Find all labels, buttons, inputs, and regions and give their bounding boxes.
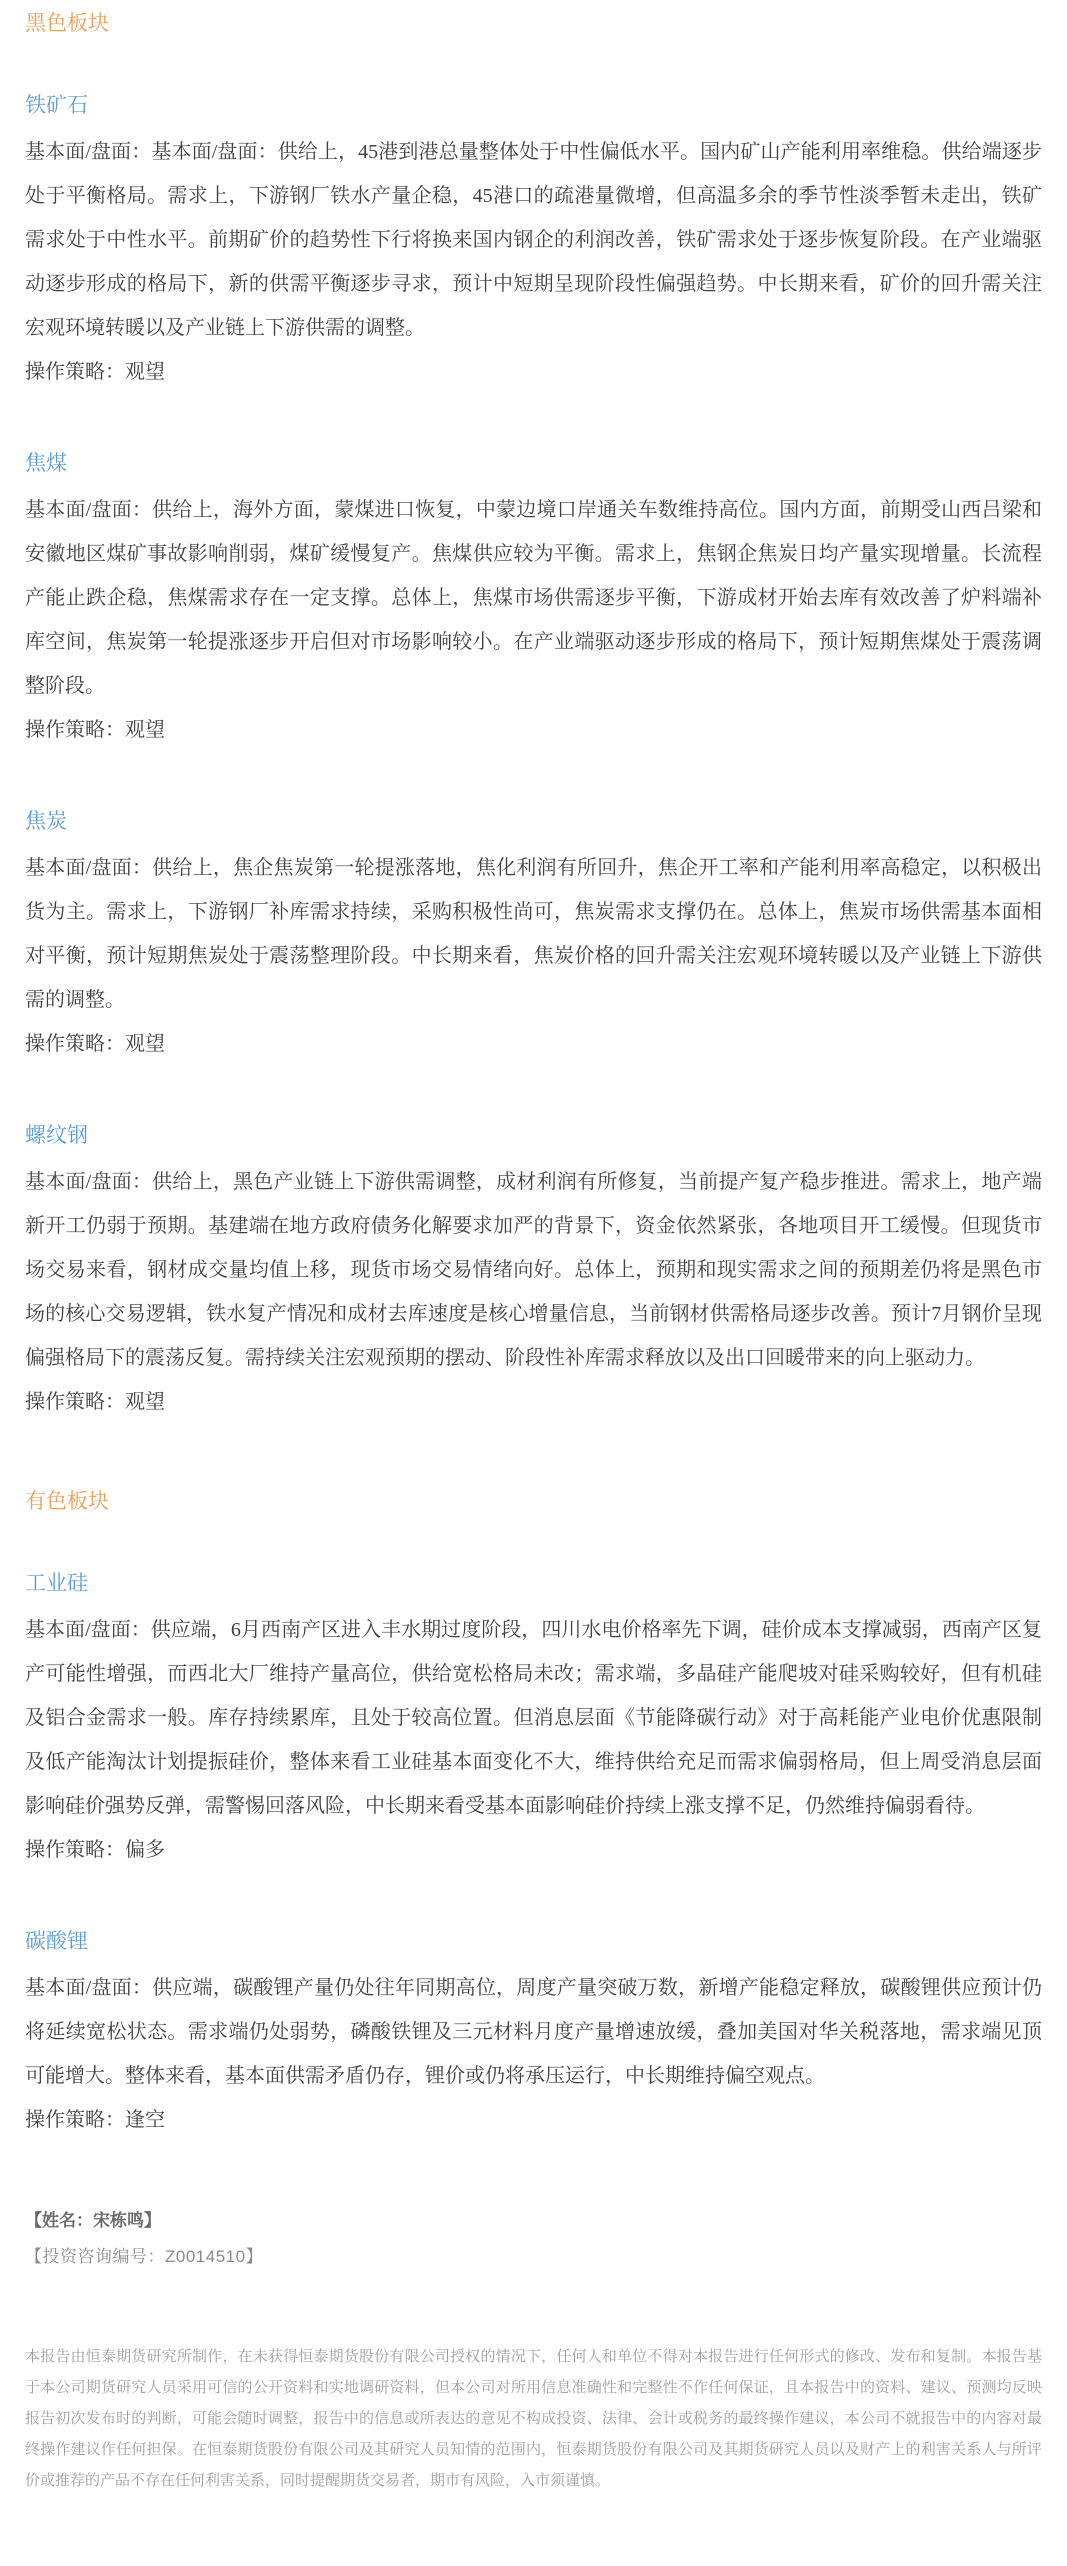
section-coke: 焦炭 基本面/盘面：供给上，焦企焦炭第一轮提涨落地，焦化利润有所回升，焦企开工率… — [25, 808, 1042, 1066]
section-body-rebar: 基本面/盘面：供给上，黑色产业链上下游供需调整，成材利润有所修复，当前提产复产稳… — [25, 1160, 1042, 1380]
sector-header-nonferrous: 有色板块 — [25, 1488, 1042, 1514]
strategy-coke: 操作策略：观望 — [25, 1022, 1042, 1066]
section-body-lithium-carbonate: 基本面/盘面：供应端，碳酸锂产量仍处往年同期高位，周度产量突破万数，新增产能稳定… — [25, 1966, 1042, 2098]
strategy-lithium-carbonate: 操作策略：逢空 — [25, 2098, 1042, 2142]
section-title-coking-coal: 焦煤 — [25, 450, 1042, 476]
strategy-iron-ore: 操作策略：观望 — [25, 350, 1042, 394]
section-body-industrial-silicon: 基本面/盘面：供应端，6月西南产区进入丰水期过度阶段，四川水电价格率先下调，硅价… — [25, 1608, 1042, 1828]
section-rebar: 螺纹钢 基本面/盘面：供给上，黑色产业链上下游供需调整，成材利润有所修复，当前提… — [25, 1122, 1042, 1424]
section-industrial-silicon: 工业硅 基本面/盘面：供应端，6月西南产区进入丰水期过度阶段，四川水电价格率先下… — [25, 1570, 1042, 1872]
section-body-coke: 基本面/盘面：供给上，焦企焦炭第一轮提涨落地，焦化利润有所回升，焦企开工率和产能… — [25, 846, 1042, 1022]
author-license-number: 【投资咨询编号：Z0014510】 — [25, 2242, 1042, 2267]
disclaimer-text: 本报告由恒泰期货研究所制作，在未获得恒泰期货股份有限公司授权的情况下，任何人和单… — [25, 2341, 1042, 2496]
section-title-lithium-carbonate: 碳酸锂 — [25, 1928, 1042, 1954]
section-coking-coal: 焦煤 基本面/盘面：供给上，海外方面，蒙煤进口恢复，中蒙边境口岸通关车数维持高位… — [25, 450, 1042, 752]
section-title-iron-ore: 铁矿石 — [25, 92, 1042, 118]
author-block: 【姓名：宋栋鸣】 【投资咨询编号：Z0014510】 — [25, 2206, 1042, 2267]
section-iron-ore: 铁矿石 基本面/盘面：基本面/盘面：供给上，45港到港总量整体处于中性偏低水平。… — [25, 92, 1042, 394]
section-title-rebar: 螺纹钢 — [25, 1122, 1042, 1148]
strategy-rebar: 操作策略：观望 — [25, 1380, 1042, 1424]
strategy-industrial-silicon: 操作策略：偏多 — [25, 1828, 1042, 1872]
sector-header-black: 黑色板块 — [25, 10, 1042, 36]
author-name: 【姓名：宋栋鸣】 — [25, 2206, 1042, 2231]
futures-report-page: 黑色板块 铁矿石 基本面/盘面：基本面/盘面：供给上，45港到港总量整体处于中性… — [0, 0, 1067, 2566]
section-body-iron-ore: 基本面/盘面：基本面/盘面：供给上，45港到港总量整体处于中性偏低水平。国内矿山… — [25, 130, 1042, 350]
section-lithium-carbonate: 碳酸锂 基本面/盘面：供应端，碳酸锂产量仍处往年同期高位，周度产量突破万数，新增… — [25, 1928, 1042, 2142]
section-body-coking-coal: 基本面/盘面：供给上，海外方面，蒙煤进口恢复，中蒙边境口岸通关车数维持高位。国内… — [25, 488, 1042, 708]
strategy-coking-coal: 操作策略：观望 — [25, 708, 1042, 752]
section-title-industrial-silicon: 工业硅 — [25, 1570, 1042, 1596]
section-title-coke: 焦炭 — [25, 808, 1042, 834]
